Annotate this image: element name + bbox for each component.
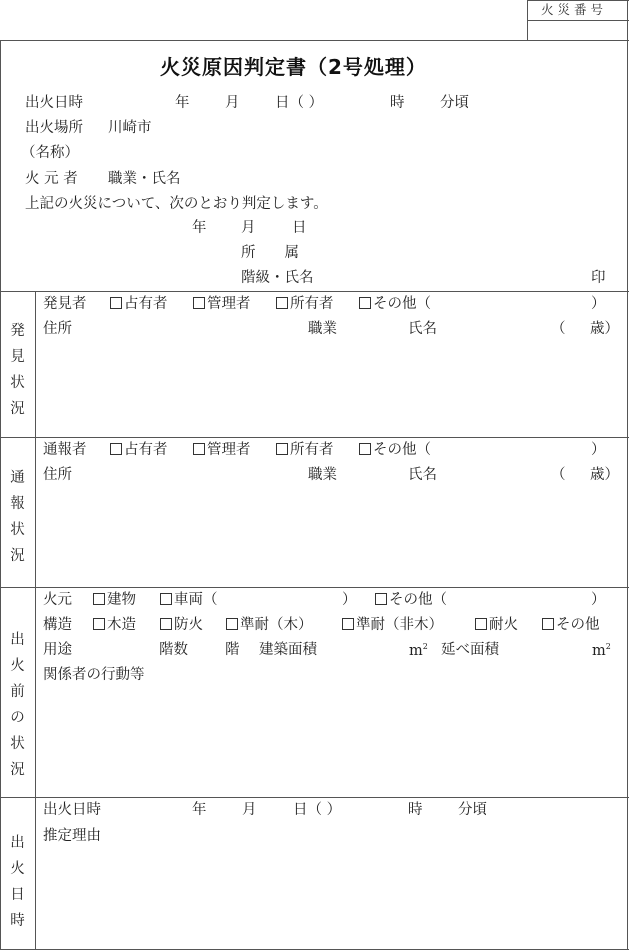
fire-date-year[interactable]: 年 <box>175 96 190 111</box>
discoverer-label: 発見者 <box>43 297 87 312</box>
estimated-minute[interactable]: 分頃 <box>458 803 487 818</box>
place-name-label: （名称） <box>21 146 79 161</box>
form-bottom-border <box>0 949 629 950</box>
discovery-details-area[interactable] <box>40 342 622 432</box>
discoverer-occupant-checkbox[interactable]: 占有者 <box>110 297 168 312</box>
fire-date-month[interactable]: 月 <box>225 96 240 111</box>
persons-actions-area[interactable] <box>40 688 622 792</box>
document-title: 火災原因判定書（2号処理） <box>160 57 427 77</box>
structure-label: 構造 <box>43 618 72 633</box>
estimated-date-label: 出火日時 <box>43 803 101 818</box>
age-label: 歳） <box>590 468 619 483</box>
fire-number-field[interactable] <box>530 22 626 38</box>
sign-day[interactable]: 日 <box>292 221 307 236</box>
fire-date-label: 出火日時 <box>25 96 83 111</box>
reporter-other-checkbox[interactable]: その他（ <box>359 443 431 458</box>
pre-fire-vertical-label: 出 火 前 の 状 況 <box>0 627 35 783</box>
section-divider <box>0 797 629 798</box>
rank-name-label: 階級・氏名 <box>241 271 314 286</box>
total-area-unit: m2 <box>592 643 611 659</box>
fire-place-value[interactable]: 川崎市 <box>108 121 152 136</box>
fire-number-label: 火災番号 <box>541 4 607 17</box>
reporter-owner-checkbox[interactable]: 所有者 <box>276 443 334 458</box>
structure-wood-checkbox[interactable]: 木造 <box>93 618 136 633</box>
reporter-occupant-checkbox[interactable]: 占有者 <box>110 443 168 458</box>
origin-building-checkbox[interactable]: 建物 <box>93 593 136 608</box>
age-label: 歳） <box>590 322 619 337</box>
total-area-label: 延べ面積 <box>441 643 499 658</box>
discoverer-manager-checkbox[interactable]: 管理者 <box>193 297 251 312</box>
name-label: 氏名 <box>408 322 437 337</box>
affiliation-label: 所 属 <box>241 246 299 261</box>
age-open-paren: （ <box>551 322 566 337</box>
fire-date-hour[interactable]: 時 <box>390 96 405 111</box>
reporter-manager-checkbox[interactable]: 管理者 <box>193 443 251 458</box>
occupation-label: 職業 <box>308 322 337 337</box>
origin-person-field[interactable]: 職業・氏名 <box>108 172 181 187</box>
section-divider <box>0 437 629 438</box>
fire-date-minute[interactable]: 分頃 <box>440 96 469 111</box>
structure-semi-fire-resistant-wood-checkbox[interactable]: 準耐（木） <box>226 618 313 633</box>
close-paren: ） <box>342 593 357 608</box>
form-right-border <box>627 0 628 950</box>
occupation-label: 職業 <box>308 468 337 483</box>
reporter-label: 通報者 <box>43 443 87 458</box>
discoverer-other-checkbox[interactable]: その他（ <box>359 297 431 312</box>
section-divider <box>0 587 629 588</box>
fire-date-day[interactable]: 日（ ） <box>275 96 323 111</box>
address-label: 住所 <box>43 322 72 337</box>
form-top-border <box>0 40 629 41</box>
report-vertical-label: 通 報 状 況 <box>0 465 35 569</box>
building-area-unit: m2 <box>409 643 428 659</box>
report-details-area[interactable] <box>40 488 622 583</box>
fire-time-vertical-label: 出 火 日 時 <box>0 830 35 934</box>
origin-label: 火元 <box>43 593 72 608</box>
floors-label: 階数 <box>159 643 188 658</box>
close-paren: ） <box>591 443 606 458</box>
judgment-statement: 上記の火災について、次のとおり判定します。 <box>25 197 328 212</box>
close-paren: ） <box>591 593 606 608</box>
address-label: 住所 <box>43 468 72 483</box>
fire-place-label: 出火場所 <box>25 121 83 136</box>
discovery-vertical-label: 発 見 状 況 <box>0 318 35 422</box>
sign-month[interactable]: 月 <box>241 221 256 236</box>
structure-other-checkbox[interactable]: その他 <box>542 618 600 633</box>
estimated-year[interactable]: 年 <box>192 803 207 818</box>
estimated-hour[interactable]: 時 <box>408 803 423 818</box>
origin-person-label: 火 元 者 <box>25 172 78 187</box>
persons-actions-label: 関係者の行動等 <box>43 668 145 683</box>
origin-vehicle-checkbox[interactable]: 車両（ <box>160 593 218 608</box>
floor-unit: 階 <box>225 643 240 658</box>
structure-fire-resistant-checkbox[interactable]: 耐火 <box>475 618 518 633</box>
origin-other-checkbox[interactable]: その他（ <box>375 593 447 608</box>
seal-mark: 印 <box>591 271 606 286</box>
label-column-divider <box>35 291 36 950</box>
estimation-reason-area[interactable] <box>40 850 622 945</box>
close-paren: ） <box>591 297 606 312</box>
discoverer-owner-checkbox[interactable]: 所有者 <box>276 297 334 312</box>
structure-fireproof-checkbox[interactable]: 防火 <box>160 618 203 633</box>
section-divider <box>0 291 629 292</box>
fire-number-box-top-border <box>527 0 629 1</box>
estimated-day[interactable]: 日（ ） <box>293 803 341 818</box>
estimation-reason-label: 推定理由 <box>43 829 101 844</box>
estimated-month[interactable]: 月 <box>242 803 257 818</box>
use-label: 用途 <box>43 643 72 658</box>
fire-number-box-divider <box>527 20 629 21</box>
building-area-label: 建築面積 <box>259 643 317 658</box>
sign-year[interactable]: 年 <box>192 221 207 236</box>
age-open-paren: （ <box>551 468 566 483</box>
structure-semi-fire-resistant-nonwood-checkbox[interactable]: 準耐（非木） <box>342 618 443 633</box>
name-label: 氏名 <box>408 468 437 483</box>
